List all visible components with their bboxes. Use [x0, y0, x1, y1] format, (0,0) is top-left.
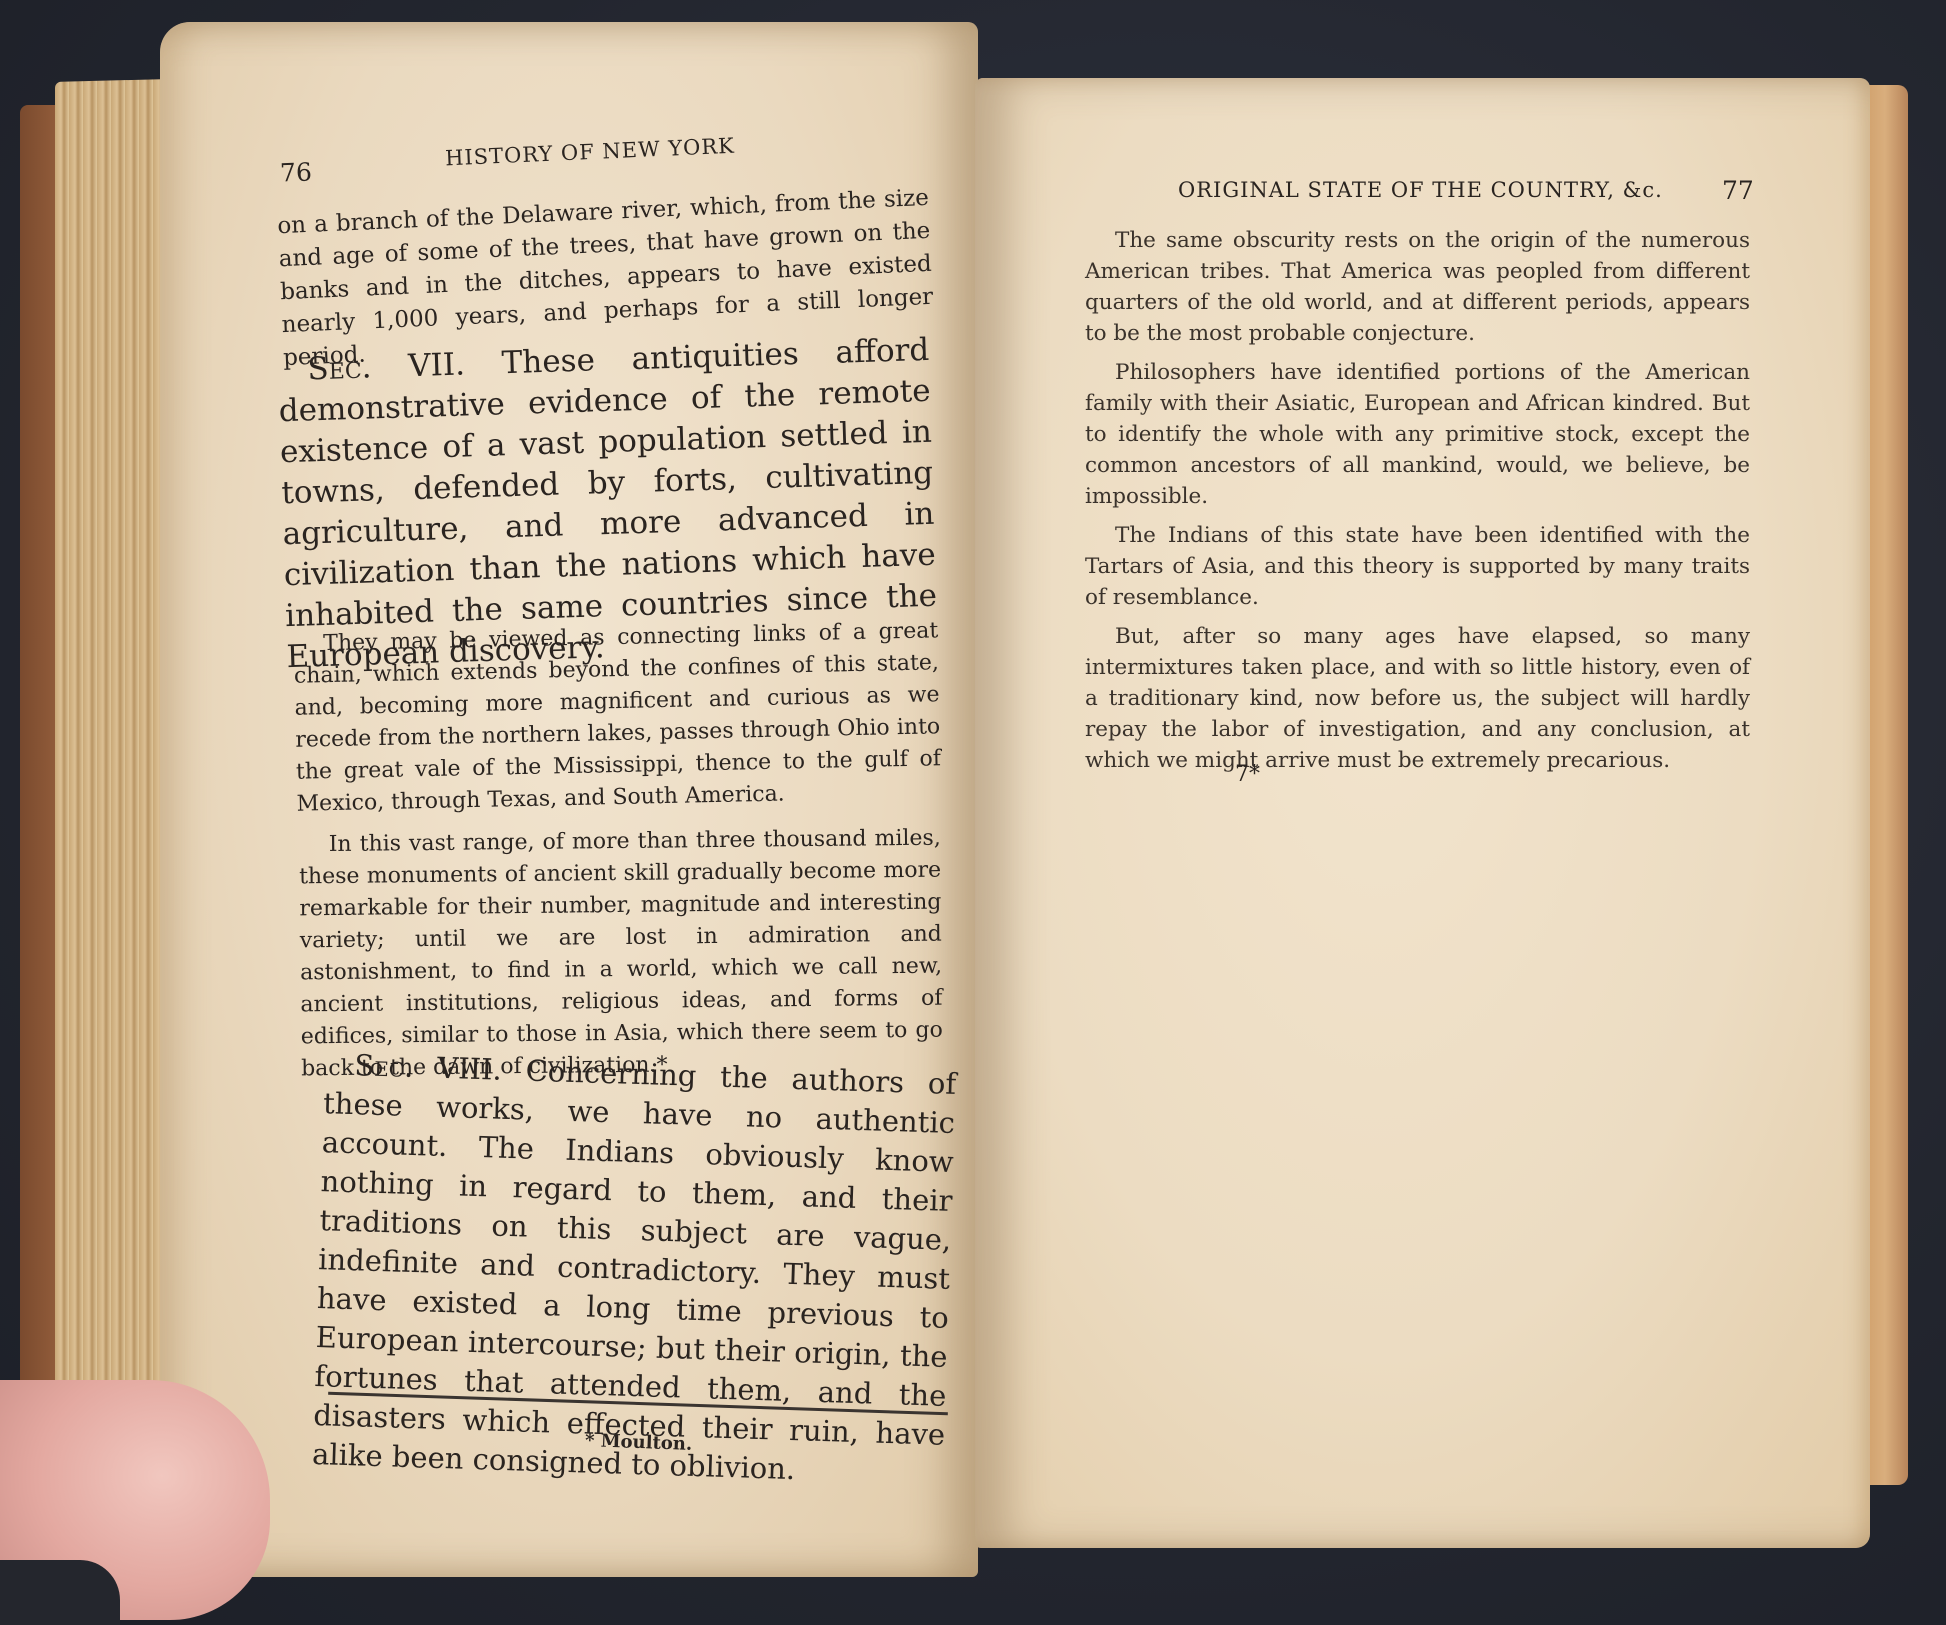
left-page-number: 76	[280, 157, 313, 187]
sleeve	[0, 1560, 120, 1625]
section-label: Sec. VII.	[307, 346, 466, 387]
right-page-number: 77	[1722, 176, 1754, 205]
footnote: * Moulton.	[585, 1430, 693, 1455]
paragraph-conclusion: But, after so many ages have elapsed, so…	[1085, 621, 1750, 776]
signature-mark: 7*	[1235, 762, 1260, 787]
paragraph-tartars: The Indians of this state have been iden…	[1085, 520, 1750, 613]
paragraph-philosophers: Philosophers have identified portions of…	[1085, 357, 1750, 512]
right-page-body: The same obscurity rests on the origin o…	[1085, 225, 1750, 784]
section-label: Sec. VIII.	[354, 1048, 502, 1087]
paragraph-text: In this vast range, of more than three t…	[299, 823, 944, 1086]
paragraph-obscurity: The same obscurity rests on the origin o…	[1085, 225, 1750, 349]
chain-paragraph: They may be viewed as connecting links o…	[293, 615, 942, 828]
paragraph-text: Concerning the authors of these works, w…	[312, 1054, 957, 1487]
right-running-head: ORIGINAL STATE OF THE COUNTRY, &c.	[1178, 178, 1663, 202]
paragraph-text: They may be viewed as connecting links o…	[293, 615, 942, 820]
